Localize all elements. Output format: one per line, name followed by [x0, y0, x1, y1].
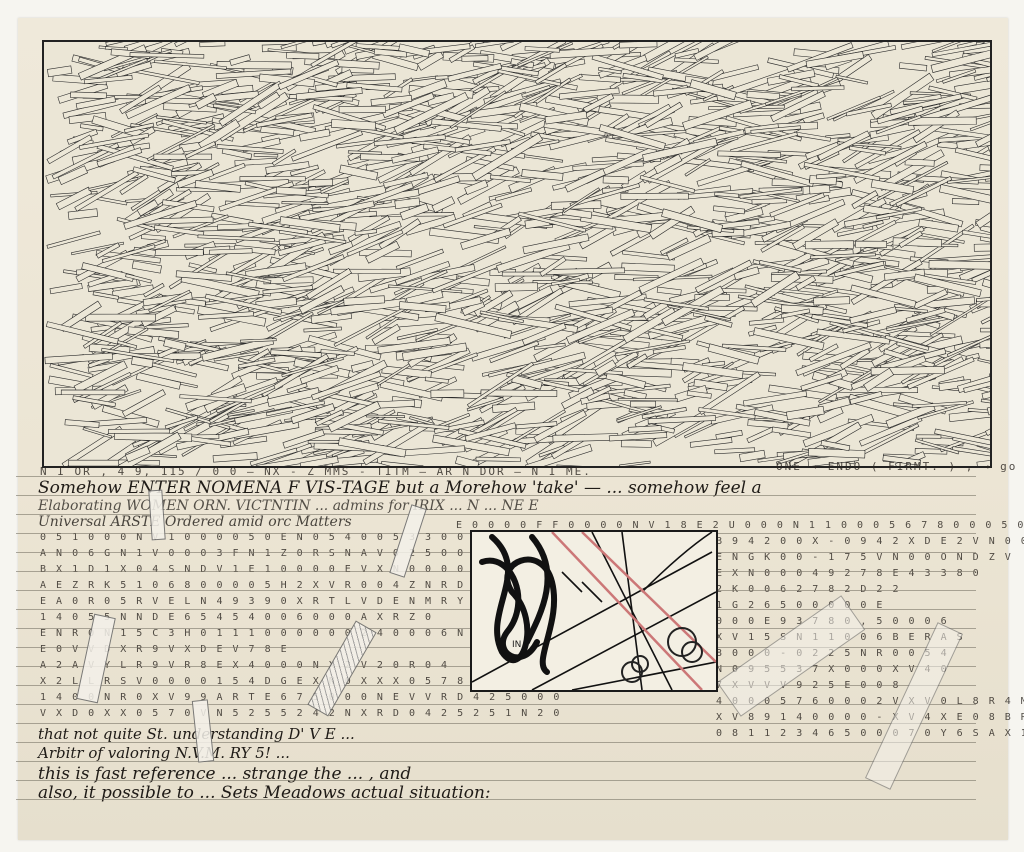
handwriting-line-6: this is fast reference ... strange the .… — [38, 764, 411, 784]
ruled-line — [16, 761, 976, 762]
hatched-shard-drawing — [44, 42, 990, 466]
ruled-line — [16, 742, 976, 743]
ruled-line — [16, 704, 976, 705]
inset-label: IN. — [512, 640, 524, 650]
code-row: E 0 V V D X R 9 V X D E V 7 8 E — [40, 644, 289, 655]
ruled-line — [16, 780, 976, 781]
handwriting-line-5: Arbitr of valoring N.V.M. RY 5! ... — [38, 744, 290, 762]
handwriting-line-3: Universal ARSTE Ordered amid orc Matters — [38, 514, 352, 530]
scribble-inset-panel: IN. — [470, 530, 718, 692]
ruled-line — [16, 476, 976, 477]
handwriting-line-2: Elaborating WOMEN ORN. VICTNTIN ... admi… — [38, 498, 539, 514]
code-row: E N G K 0 0 - 1 7 5 V N 0 0 O N D Z V — [716, 552, 1013, 563]
header-right: ONE → ENDO ( FIRMT. ) , → go DIN — [776, 460, 1024, 473]
tangled-lines-drawing: IN. — [472, 532, 716, 690]
code-row: 0 8 1 1 2 3 4 6 5 0 0 0 7 0 Y 6 S A X 1 … — [716, 728, 1024, 739]
code-row: E X N 0 0 0 4 9 2 7 8 E 4 3 3 8 0 — [716, 568, 981, 579]
code-row: 1 4 0 0 N R 0 X V 9 9 A R T E 6 7 5 0 0 … — [40, 692, 561, 703]
ruled-line — [16, 799, 976, 800]
code-row: B 9 4 2 0 0 X - 0 9 4 2 X D E 2 V N 0 0 … — [716, 536, 1024, 547]
handwriting-line-7: also, it possible to ... Sets Meadows ac… — [38, 783, 491, 803]
ruled-line — [16, 723, 976, 724]
code-row: V X D 0 X X 0 5 7 0 V N 5 2 5 5 2 4 2 N … — [40, 708, 561, 719]
code-row: X V 8 9 1 4 0 0 0 0 - X V 4 X E 0 8 B R … — [716, 712, 1024, 723]
code-row: B X 1 D 1 X 0 4 S N D V 1 E 1 0 0 0 0 E … — [40, 564, 529, 575]
crystalline-line-drawing-panel — [42, 40, 992, 468]
